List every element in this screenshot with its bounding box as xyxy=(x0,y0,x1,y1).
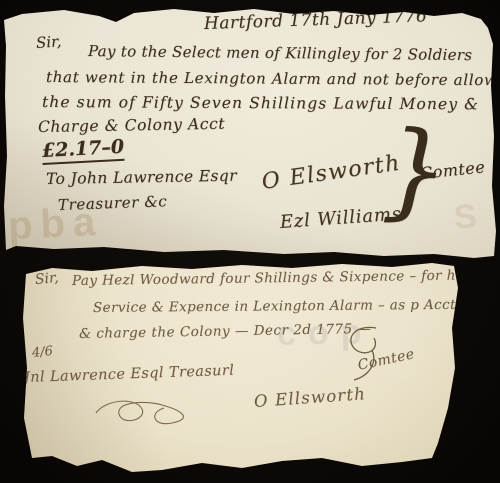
body-line: & charge the Colony — Decr 2d 1775 — xyxy=(79,321,372,342)
body-line: Pay to the Select men of Killingley for … xyxy=(88,42,472,64)
addressee-line: To John Lawrence Esqr xyxy=(46,167,237,188)
document-bottom-content: cop Sir, Pay Hezl Woodward four Shilling… xyxy=(22,258,460,476)
body-line: Pay Hezl Woodward four Shillings & Sixpe… xyxy=(72,267,468,289)
document-bottom: cop Sir, Pay Hezl Woodward four Shilling… xyxy=(22,258,460,476)
body-line: that went in the Lexington Alarm and not… xyxy=(46,68,500,89)
pen-flourish-icon xyxy=(92,393,202,431)
salutation: Sir, xyxy=(35,32,62,52)
signature-ellsworth: O Ellsworth xyxy=(253,384,366,411)
date-line: Hartford 17th Jany 1776 xyxy=(204,6,428,34)
salutation: Sir, xyxy=(34,270,59,288)
addressee-line: Treasurer &c xyxy=(58,192,168,214)
amount-note: 4/6 xyxy=(31,344,53,361)
body-line: Charge & Colony Acct xyxy=(38,115,225,136)
document-top-content: Hartford 17th Jany 1776 Sir, Pay to the … xyxy=(4,6,496,262)
document-top: Hartford 17th Jany 1776 Sir, Pay to the … xyxy=(4,6,496,262)
body-line: Service & Expence in Lexington Alarm – a… xyxy=(93,297,468,316)
photo-canvas: Hartford 17th Jany 1776 Sir, Pay to the … xyxy=(0,0,500,483)
amount: £2.17–0 xyxy=(41,136,124,165)
watermark-fragment-right: S xyxy=(452,197,478,238)
addressee-line: Jnl Lawrence Esql Treasurl xyxy=(24,363,235,386)
